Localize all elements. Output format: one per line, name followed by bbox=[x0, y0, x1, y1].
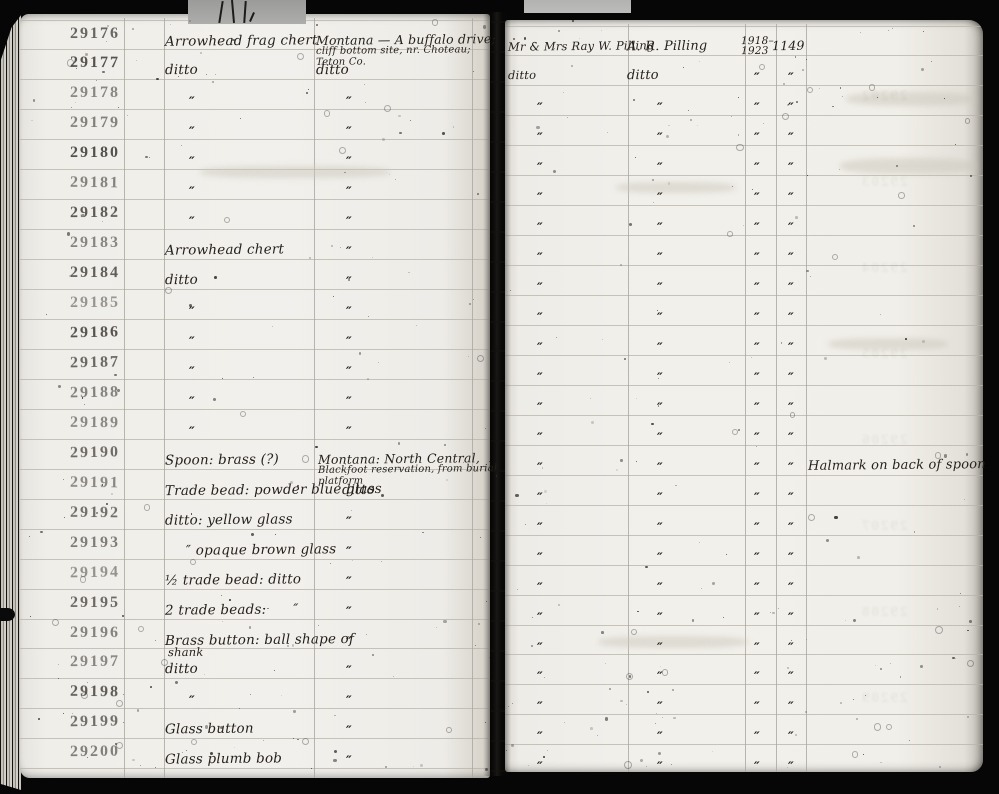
collector-cell: ″ bbox=[657, 162, 663, 176]
catalog-number-stamp: 29176 bbox=[62, 24, 120, 42]
horizontal-rule bbox=[20, 678, 490, 679]
dust-speck bbox=[944, 454, 947, 457]
binding-stitch bbox=[491, 171, 505, 173]
binding-stitch bbox=[491, 201, 505, 203]
dust-speck bbox=[802, 69, 804, 71]
dust-speck bbox=[944, 98, 945, 99]
dust-speck bbox=[629, 223, 632, 226]
description-cell: Spoon: brass (?) bbox=[165, 452, 279, 467]
dust-speck bbox=[662, 669, 669, 676]
dust-speck bbox=[420, 764, 423, 767]
stacked-page-edges bbox=[0, 12, 21, 790]
locality-cell: ″ bbox=[346, 695, 352, 709]
accession-cell: ″ bbox=[788, 582, 794, 596]
locality-cell: ″ bbox=[346, 216, 352, 230]
date-cell: ″ bbox=[754, 731, 760, 745]
dust-speck bbox=[408, 272, 410, 274]
binding-stitch bbox=[491, 81, 505, 83]
dust-speck bbox=[834, 516, 837, 519]
dust-speck bbox=[475, 645, 476, 646]
description-cell: ditto bbox=[165, 273, 198, 288]
horizontal-rule bbox=[20, 199, 490, 200]
horizontal-rule bbox=[505, 535, 983, 536]
locality-cell: ″ bbox=[346, 186, 352, 200]
dust-speck bbox=[892, 28, 893, 29]
description-cell: ″ bbox=[189, 366, 195, 380]
dust-speck bbox=[699, 542, 700, 543]
horizontal-rule bbox=[505, 445, 983, 446]
donor-cell: ″ bbox=[537, 252, 543, 266]
vertical-rule bbox=[314, 18, 315, 778]
horizontal-rule bbox=[505, 565, 983, 566]
dust-speck bbox=[544, 490, 547, 493]
horizontal-rule bbox=[20, 349, 490, 350]
dust-speck bbox=[807, 175, 808, 176]
description-cell: ditto: yellow glass bbox=[165, 512, 293, 528]
dust-speck bbox=[923, 31, 924, 32]
binding-stitch bbox=[491, 770, 505, 772]
dust-speck bbox=[626, 673, 633, 680]
dust-speck bbox=[293, 738, 294, 739]
dust-speck bbox=[579, 38, 581, 40]
dust-speck bbox=[759, 64, 765, 70]
horizontal-rule bbox=[505, 26, 983, 27]
date-cell: ″ bbox=[754, 671, 760, 685]
date-cell: ″ bbox=[754, 132, 760, 146]
dust-speck bbox=[102, 221, 103, 222]
accession-cell: ″ bbox=[788, 372, 794, 386]
bleedthrough-smudge bbox=[200, 166, 390, 178]
dust-speck bbox=[635, 157, 636, 158]
dust-speck bbox=[210, 752, 213, 755]
dust-speck bbox=[620, 700, 623, 703]
donor-cell: ″ bbox=[537, 612, 543, 626]
catalog-number-stamp: 29178 bbox=[62, 84, 120, 102]
accession-cell: ″ bbox=[788, 162, 794, 176]
collector-cell: ″ bbox=[657, 522, 663, 536]
horizontal-rule bbox=[505, 595, 983, 596]
dust-speck bbox=[58, 385, 61, 388]
dust-speck bbox=[839, 169, 840, 170]
catalog-number-stamp: 29188 bbox=[62, 383, 120, 402]
remarks-cell: Halmark on back of spoon bbox=[808, 458, 986, 474]
date-cell: ″ bbox=[754, 342, 760, 356]
accession-cell: ″ bbox=[788, 612, 794, 626]
dust-speck bbox=[107, 25, 109, 27]
collector-cell: ″ bbox=[657, 701, 663, 715]
locality-cell: ditto bbox=[316, 63, 349, 78]
dust-speck bbox=[365, 102, 366, 103]
binding-stitch bbox=[491, 590, 505, 592]
dust-speck bbox=[810, 276, 811, 277]
dust-speck bbox=[491, 355, 492, 356]
catalog-number-stamp: 29190 bbox=[62, 443, 120, 462]
horizontal-rule bbox=[505, 714, 983, 715]
horizontal-rule bbox=[20, 499, 490, 500]
catalog-number-stamp: 29181 bbox=[62, 174, 120, 193]
binding-stitch bbox=[491, 470, 505, 472]
dust-speck bbox=[123, 694, 124, 695]
dust-speck bbox=[229, 599, 231, 601]
collector-cell: ″ bbox=[657, 432, 663, 446]
binding-stitch bbox=[491, 291, 505, 293]
description-cell-line2: shank bbox=[168, 645, 204, 657]
horizontal-rule bbox=[20, 738, 490, 739]
binding-stitch bbox=[491, 51, 505, 53]
dust-speck bbox=[63, 713, 64, 714]
description-cell: Glass button bbox=[165, 722, 254, 737]
description-cell: ″ bbox=[189, 306, 195, 320]
dust-speck bbox=[191, 739, 197, 745]
dust-speck bbox=[898, 192, 905, 199]
date-cell: ″ bbox=[754, 162, 760, 176]
catalog-number-stamp: 29180 bbox=[62, 144, 120, 162]
horizontal-rule bbox=[20, 409, 490, 410]
dust-speck bbox=[712, 582, 715, 585]
donor-cell: ″ bbox=[537, 432, 543, 446]
description-cell: ″ opaque brown glass bbox=[186, 542, 337, 558]
ghost-number: 29209 bbox=[860, 690, 908, 707]
date-cell: ″ bbox=[754, 372, 760, 386]
dust-speck bbox=[473, 71, 474, 72]
dust-speck bbox=[364, 84, 365, 85]
dust-speck bbox=[200, 52, 202, 54]
dust-speck bbox=[515, 494, 518, 497]
donor-cell: ″ bbox=[537, 671, 543, 685]
accession-cell: ″ bbox=[788, 641, 794, 655]
dust-speck bbox=[178, 76, 179, 77]
catalog-number-stamp: 29200 bbox=[62, 743, 120, 762]
dust-speck bbox=[372, 257, 373, 258]
dust-speck bbox=[331, 245, 333, 247]
dust-speck bbox=[214, 276, 217, 279]
horizontal-rule bbox=[505, 325, 983, 326]
dust-speck bbox=[624, 358, 626, 360]
dust-speck bbox=[877, 97, 878, 98]
donor-cell: ″ bbox=[537, 761, 543, 775]
dust-speck bbox=[970, 175, 971, 176]
horizontal-rule bbox=[505, 235, 983, 236]
vertical-rule bbox=[472, 18, 473, 778]
collector-cell: ″ bbox=[657, 492, 663, 506]
scan-artifact bbox=[0, 608, 15, 621]
collector-cell: ″ bbox=[657, 252, 663, 266]
horizontal-rule bbox=[20, 768, 490, 769]
horizontal-rule bbox=[505, 475, 983, 476]
dust-speck bbox=[558, 604, 560, 606]
dust-speck bbox=[808, 514, 815, 521]
dust-speck bbox=[251, 460, 252, 461]
vertical-rule bbox=[124, 18, 125, 778]
scanner-tab-right bbox=[524, 0, 631, 13]
dust-speck bbox=[920, 665, 923, 668]
horizontal-rule bbox=[505, 684, 983, 685]
description-cell: ″ bbox=[189, 126, 195, 140]
collector-cell: ″ bbox=[657, 402, 663, 416]
locality-cell: ″ bbox=[346, 426, 352, 440]
catalog-number-stamp: 29197 bbox=[62, 653, 120, 671]
horizontal-rule bbox=[20, 319, 490, 320]
binding-stitch bbox=[491, 560, 505, 562]
locality-cell: ″ bbox=[346, 306, 352, 320]
donor-cell: ″ bbox=[537, 282, 543, 296]
horizontal-rule bbox=[505, 265, 983, 266]
description-cell: ½ trade bead: ditto bbox=[165, 572, 301, 588]
description-cell: Glass plumb bob bbox=[165, 752, 282, 767]
accession-cell: ″ bbox=[788, 132, 794, 146]
dust-speck bbox=[620, 459, 623, 462]
dust-speck bbox=[378, 362, 379, 363]
locality-cell: ″ bbox=[346, 606, 352, 620]
accession-cell: ″ bbox=[788, 701, 794, 715]
dust-speck bbox=[636, 398, 637, 399]
accession-cell: ″ bbox=[788, 761, 794, 775]
dust-speck bbox=[905, 338, 907, 340]
dust-speck bbox=[732, 429, 738, 435]
dust-speck bbox=[657, 310, 658, 311]
dust-speck bbox=[556, 337, 557, 338]
dust-speck bbox=[114, 374, 117, 377]
horizontal-rule bbox=[20, 379, 490, 380]
catalog-number-stamp: 29199 bbox=[62, 713, 120, 732]
date-cell: ″ bbox=[754, 552, 760, 566]
date-cell: ″ bbox=[754, 492, 760, 506]
dust-speck bbox=[123, 722, 124, 723]
donor-cell: ″ bbox=[537, 641, 543, 655]
binding-stitch bbox=[491, 500, 505, 502]
dust-speck bbox=[267, 608, 269, 610]
dust-speck bbox=[274, 670, 275, 671]
dust-speck bbox=[175, 681, 178, 684]
dust-speck bbox=[840, 87, 842, 89]
donor-cell: ″ bbox=[537, 312, 543, 326]
collector-cell: ″ bbox=[657, 552, 663, 566]
vertical-rule bbox=[628, 24, 629, 772]
date-cell: ″ bbox=[754, 522, 760, 536]
dust-speck bbox=[969, 620, 972, 623]
binding-stitch bbox=[491, 231, 505, 233]
dust-speck bbox=[496, 475, 498, 477]
dust-speck bbox=[480, 537, 481, 538]
dust-speck bbox=[150, 686, 152, 688]
dust-speck bbox=[302, 738, 309, 745]
dust-speck bbox=[921, 68, 924, 71]
dust-speck bbox=[807, 87, 813, 93]
dust-speck bbox=[607, 132, 608, 133]
dust-speck bbox=[398, 442, 401, 445]
dust-speck bbox=[819, 88, 820, 89]
collector-cell: ″ bbox=[657, 312, 663, 326]
dust-speck bbox=[543, 756, 544, 757]
dust-speck bbox=[290, 481, 293, 484]
book-gutter bbox=[483, 12, 511, 776]
dust-speck bbox=[506, 750, 507, 751]
locality-cell: ″ bbox=[346, 665, 352, 679]
accession-cell: ″ bbox=[788, 462, 794, 476]
collector-cell: ″ bbox=[657, 641, 663, 655]
dust-speck bbox=[787, 104, 789, 106]
catalog-number-stamp: 29186 bbox=[62, 323, 120, 342]
dust-speck bbox=[348, 279, 350, 281]
description-cell: Arrowhead chert bbox=[165, 243, 284, 258]
ghost-number: 29208 bbox=[860, 604, 908, 621]
dust-speck bbox=[805, 711, 807, 713]
dust-speck bbox=[149, 157, 150, 158]
catalog-number-stamp: 29195 bbox=[62, 593, 120, 611]
horizontal-rule bbox=[20, 708, 490, 709]
catalog-number-stamp: 29187 bbox=[62, 353, 120, 372]
dust-speck bbox=[253, 377, 254, 378]
dust-speck bbox=[554, 48, 555, 49]
dust-speck bbox=[275, 534, 276, 535]
accession-cell: ″ bbox=[788, 222, 794, 236]
binding-stitch bbox=[491, 261, 505, 263]
horizontal-rule bbox=[505, 145, 983, 146]
dust-speck bbox=[668, 182, 670, 184]
dust-speck bbox=[605, 717, 608, 720]
dust-speck bbox=[263, 608, 264, 609]
dust-speck bbox=[960, 593, 961, 594]
accession-cell: ″ bbox=[788, 552, 794, 566]
donor-cell: ″ bbox=[537, 731, 543, 745]
horizontal-rule bbox=[505, 505, 983, 506]
horizontal-rule bbox=[20, 79, 490, 80]
locality-line: cliff bottom site, nr. Choteau; bbox=[316, 45, 496, 57]
collector-cell: ″ bbox=[657, 192, 663, 206]
locality-cell: ″ bbox=[346, 156, 352, 170]
dust-speck bbox=[795, 216, 798, 219]
bleedthrough-smudge bbox=[840, 158, 976, 174]
dust-speck bbox=[536, 126, 539, 129]
date-cell: ″ bbox=[754, 582, 760, 596]
accession-cell: ″ bbox=[788, 192, 794, 206]
horizontal-rule bbox=[20, 589, 490, 590]
horizontal-rule bbox=[20, 648, 490, 649]
dust-speck bbox=[339, 147, 346, 154]
dust-speck bbox=[738, 97, 739, 98]
donor-cell: ″ bbox=[537, 372, 543, 386]
date-cell: ″ bbox=[754, 312, 760, 326]
collector-cell: ″ bbox=[657, 222, 663, 236]
horizontal-rule bbox=[505, 355, 983, 356]
accession-cell: ″ bbox=[788, 522, 794, 536]
locality-cell: ″ bbox=[346, 246, 352, 260]
dust-speck bbox=[485, 428, 486, 429]
dust-speck bbox=[524, 37, 527, 40]
binding-stitch bbox=[491, 380, 505, 382]
locality-cell: ″ bbox=[346, 576, 352, 590]
accession-cell: ″ bbox=[788, 492, 794, 506]
catalog-number-stamp: 29192 bbox=[62, 503, 120, 522]
dust-speck bbox=[688, 110, 689, 111]
collector-cell: ″ bbox=[657, 282, 663, 296]
accession-cell: ″ bbox=[788, 72, 794, 86]
catalog-number-stamp: 29196 bbox=[62, 623, 120, 641]
date-cell: ″ bbox=[754, 462, 760, 476]
description-cell: ″ bbox=[189, 695, 195, 709]
dust-speck bbox=[729, 362, 730, 363]
dust-speck bbox=[563, 92, 564, 93]
dust-speck bbox=[193, 610, 194, 611]
date-cell: 1918–1923 bbox=[741, 36, 774, 55]
vertical-rule bbox=[806, 24, 807, 772]
dust-speck bbox=[732, 186, 733, 187]
dust-speck bbox=[442, 132, 445, 135]
binding-stitch bbox=[491, 740, 505, 742]
donor-cell: ″ bbox=[537, 701, 543, 715]
accession-cell: ″ bbox=[788, 432, 794, 446]
dust-speck bbox=[922, 340, 925, 343]
dust-speck bbox=[213, 398, 216, 401]
dust-speck bbox=[935, 452, 941, 458]
date-cell: ″ bbox=[754, 612, 760, 626]
dust-speck bbox=[281, 695, 282, 696]
dust-speck bbox=[155, 767, 156, 768]
catalog-number-stamp: 29184 bbox=[62, 264, 120, 282]
locality-cell: ″ bbox=[346, 96, 352, 110]
collector-cell: ″ bbox=[657, 342, 663, 356]
date-cell: ″ bbox=[754, 72, 760, 86]
dust-speck bbox=[931, 61, 932, 62]
pen-stroke bbox=[231, 0, 235, 23]
pen-stroke bbox=[243, 1, 247, 23]
dust-speck bbox=[38, 718, 40, 720]
dust-speck bbox=[633, 99, 635, 101]
dust-speck bbox=[381, 494, 384, 497]
donor-cell: ″ bbox=[537, 102, 543, 116]
description-cell: ″ bbox=[189, 396, 195, 410]
scanner-tab-left bbox=[188, 0, 306, 24]
dust-speck bbox=[64, 517, 65, 518]
date-cell: ″ bbox=[754, 761, 760, 775]
dust-speck bbox=[444, 444, 446, 446]
horizontal-rule bbox=[20, 289, 490, 290]
dust-speck bbox=[967, 716, 969, 718]
catalog-number-stamp: 29191 bbox=[62, 473, 120, 492]
binding-stitch bbox=[491, 410, 505, 412]
locality-cell: ″ bbox=[346, 516, 352, 530]
locality-cell: ″ bbox=[346, 126, 352, 140]
accession-cell: ″ bbox=[788, 252, 794, 266]
dust-speck bbox=[751, 357, 752, 358]
dust-speck bbox=[624, 761, 632, 769]
dust-speck bbox=[240, 118, 241, 119]
ghost-number: 29207 bbox=[860, 518, 908, 535]
dust-speck bbox=[842, 96, 843, 97]
catalog-number-stamp: 29185 bbox=[62, 294, 120, 312]
bleedthrough-smudge bbox=[598, 636, 748, 648]
dust-speck bbox=[106, 41, 107, 42]
ghost-number: 29206 bbox=[860, 432, 908, 449]
catalog-number-stamp: 29193 bbox=[62, 534, 120, 552]
date-cell: ″ bbox=[754, 192, 760, 206]
binding-stitch bbox=[491, 321, 505, 323]
binding-stitch bbox=[491, 620, 505, 622]
dust-speck bbox=[463, 462, 464, 463]
description-cell: ″ bbox=[189, 156, 195, 170]
accession-cell: ″ bbox=[788, 342, 794, 356]
horizontal-rule bbox=[20, 439, 490, 440]
catalog-number-stamp: 29183 bbox=[62, 234, 120, 252]
dust-speck bbox=[636, 461, 637, 462]
dust-speck bbox=[736, 144, 744, 152]
vertical-rule bbox=[745, 24, 746, 772]
horizontal-rule bbox=[20, 109, 490, 110]
dust-speck bbox=[965, 118, 971, 124]
donor-cell: ″ bbox=[537, 402, 543, 416]
dust-speck bbox=[116, 700, 123, 707]
dust-speck bbox=[85, 53, 88, 56]
